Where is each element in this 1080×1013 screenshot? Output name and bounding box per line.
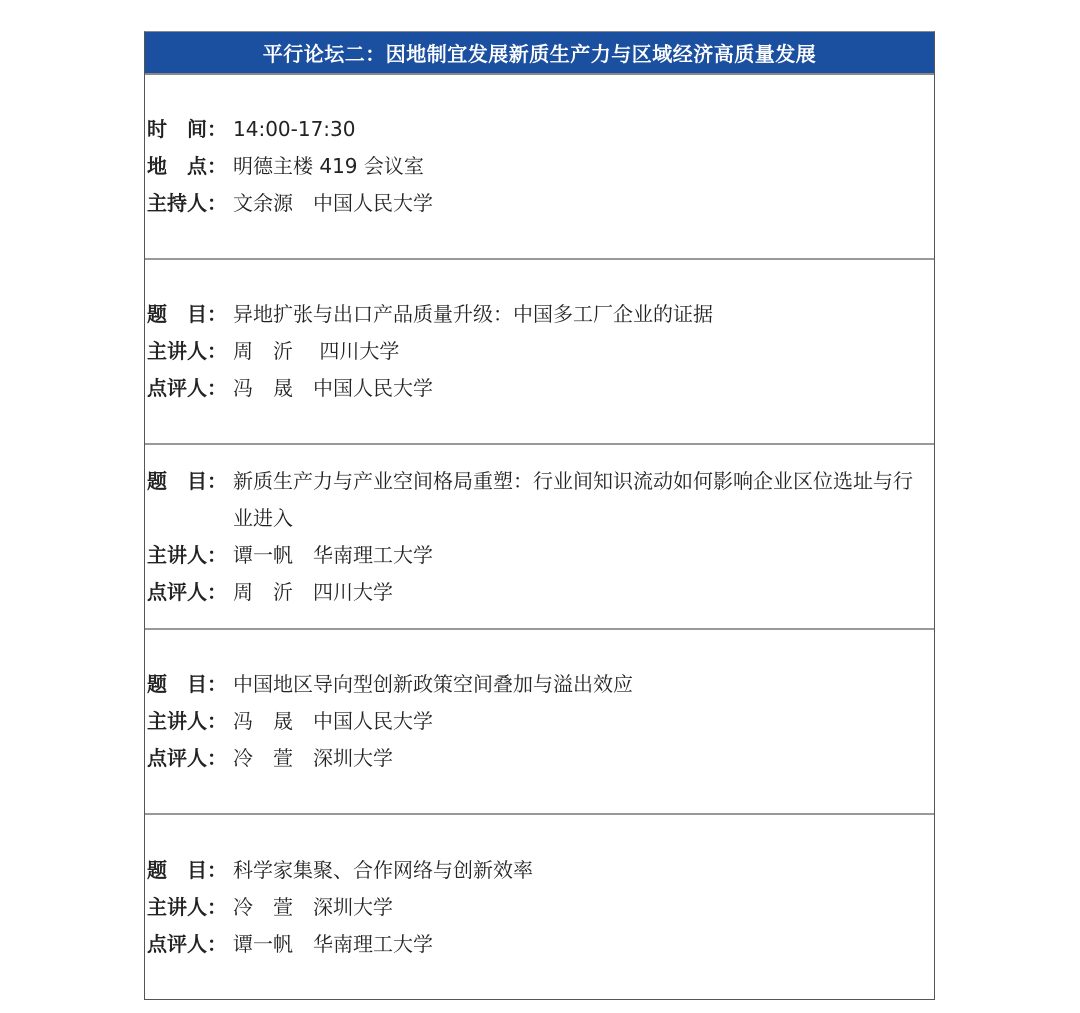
place-row: 地 点： 明德主楼 419 会议室 <box>147 148 934 185</box>
topic-value: 新质生产力与产业空间格局重塑：行业间知识流动如何影响企业区位选址与行业进入 <box>233 463 934 537</box>
session-2: 题 目： 新质生产力与产业空间格局重塑：行业间知识流动如何影响企业区位选址与行业… <box>145 445 934 630</box>
topic-row: 题 目： 科学家集聚、合作网络与创新效率 <box>147 852 934 889</box>
speaker-label: 主讲人： <box>147 333 233 370</box>
speaker-label: 主讲人： <box>147 537 233 574</box>
discussant-row: 点评人： 谭一帆 华南理工大学 <box>147 926 934 963</box>
discussant-value: 谭一帆 华南理工大学 <box>233 926 934 963</box>
topic-value: 异地扩张与出口产品质量升级：中国多工厂企业的证据 <box>233 296 934 333</box>
speaker-row: 主讲人： 谭一帆 华南理工大学 <box>147 537 934 574</box>
topic-value: 科学家集聚、合作网络与创新效率 <box>233 852 934 889</box>
discussant-value: 冯 晟 中国人民大学 <box>233 370 934 407</box>
place-label: 地 点： <box>147 148 233 185</box>
discussant-row: 点评人： 冯 晟 中国人民大学 <box>147 370 934 407</box>
discussant-label: 点评人： <box>147 574 233 611</box>
discussant-value: 冷 萱 深圳大学 <box>233 740 934 777</box>
speaker-value: 冷 萱 深圳大学 <box>233 889 934 926</box>
place-value: 明德主楼 419 会议室 <box>233 148 934 185</box>
host-value: 文余源 中国人民大学 <box>233 185 934 222</box>
speaker-value: 谭一帆 华南理工大学 <box>233 537 934 574</box>
speaker-row: 主讲人： 冯 晟 中国人民大学 <box>147 703 934 740</box>
time-label: 时 间： <box>147 111 233 148</box>
time-value: 14:00-17:30 <box>233 111 934 148</box>
discussant-label: 点评人： <box>147 740 233 777</box>
forum-info-section: 时 间： 14:00-17:30 地 点： 明德主楼 419 会议室 主持人： … <box>145 75 934 260</box>
topic-label: 题 目： <box>147 296 233 333</box>
topic-row: 题 目： 中国地区导向型创新政策空间叠加与溢出效应 <box>147 666 934 703</box>
forum-title: 平行论坛二：因地制宜发展新质生产力与区域经济高质量发展 <box>145 32 934 75</box>
topic-row: 题 目： 异地扩张与出口产品质量升级：中国多工厂企业的证据 <box>147 296 934 333</box>
session-3: 题 目： 中国地区导向型创新政策空间叠加与溢出效应 主讲人： 冯 晟 中国人民大… <box>145 630 934 815</box>
speaker-row: 主讲人： 冷 萱 深圳大学 <box>147 889 934 926</box>
host-label: 主持人： <box>147 185 233 222</box>
speaker-row: 主讲人： 周 沂 四川大学 <box>147 333 934 370</box>
session-1: 题 目： 异地扩张与出口产品质量升级：中国多工厂企业的证据 主讲人： 周 沂 四… <box>145 260 934 445</box>
topic-label: 题 目： <box>147 666 233 703</box>
topic-row: 题 目： 新质生产力与产业空间格局重塑：行业间知识流动如何影响企业区位选址与行业… <box>147 463 934 537</box>
forum-schedule-table: 平行论坛二：因地制宜发展新质生产力与区域经济高质量发展 时 间： 14:00-1… <box>144 31 935 1000</box>
time-row: 时 间： 14:00-17:30 <box>147 111 934 148</box>
discussant-label: 点评人： <box>147 926 233 963</box>
speaker-value: 冯 晟 中国人民大学 <box>233 703 934 740</box>
speaker-label: 主讲人： <box>147 703 233 740</box>
discussant-label: 点评人： <box>147 370 233 407</box>
topic-label: 题 目： <box>147 463 233 537</box>
session-4: 题 目： 科学家集聚、合作网络与创新效率 主讲人： 冷 萱 深圳大学 点评人： … <box>145 815 934 999</box>
speaker-value: 周 沂 四川大学 <box>233 333 934 370</box>
discussant-row: 点评人： 冷 萱 深圳大学 <box>147 740 934 777</box>
speaker-label: 主讲人： <box>147 889 233 926</box>
topic-label: 题 目： <box>147 852 233 889</box>
host-row: 主持人： 文余源 中国人民大学 <box>147 185 934 222</box>
topic-value: 中国地区导向型创新政策空间叠加与溢出效应 <box>233 666 934 703</box>
discussant-value: 周 沂 四川大学 <box>233 574 934 611</box>
discussant-row: 点评人： 周 沂 四川大学 <box>147 574 934 611</box>
